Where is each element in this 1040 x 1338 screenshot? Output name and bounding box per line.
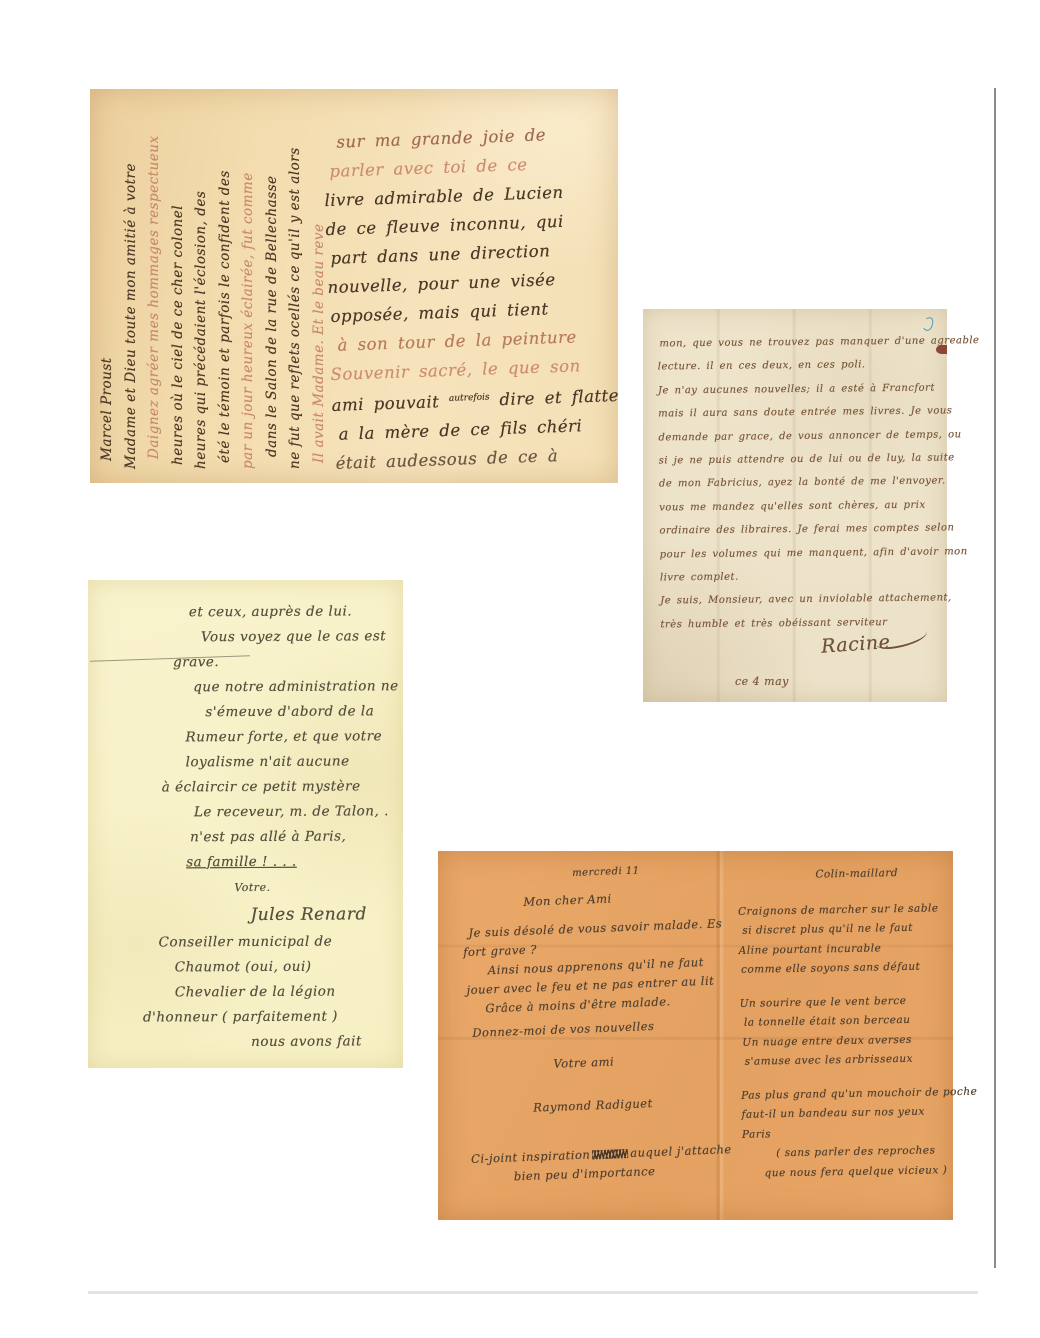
hw-line: si je ne puis attendre ou de lui ou de l…: [659, 447, 935, 473]
hw-line: été le témoin et parfois le confident de…: [214, 89, 238, 469]
hw-segment: Ci-joint inspiration: [471, 1147, 591, 1166]
letter-body: mon, que vous ne trouvez pas manquer d'u…: [657, 330, 936, 637]
hw-line-underlined: sa famille ! . . .: [102, 849, 392, 876]
hw-line: que nous fera quelque vicieux ): [742, 1161, 950, 1184]
hw-line: Le receveur, m. de Talon, .: [102, 799, 392, 826]
manuscript-letter-yellow: et ceux, auprès de lui. Vous voyez que l…: [88, 580, 403, 1068]
main-writing-block: sur ma grande joie de parler avec toi de…: [322, 118, 618, 478]
hw-line: loyalisme n'ait aucune: [102, 749, 392, 776]
scribble-redaction: [592, 1149, 628, 1159]
hw-line: heures où le ciel de ce cher colonel: [167, 89, 191, 469]
hw-line: Chaumot (oui, oui): [103, 954, 393, 981]
hw-line: mais il aura sans doute entrée mes livre…: [658, 400, 934, 426]
signature-radiguet: Raymond Radiguet: [469, 1091, 738, 1120]
letter-body: et ceux, auprès de lui. Vous voyez que l…: [101, 599, 393, 1056]
footer-rule: [88, 1291, 978, 1294]
hw-line: Votre.: [102, 874, 392, 901]
hw-line: d'honneur ( parfaitement ): [103, 1004, 393, 1031]
hw-line: Craignons de marcher sur le sable: [738, 899, 946, 922]
hw-segment: dire et flatter: [489, 386, 618, 410]
hw-line: Mon cher Ami: [461, 885, 730, 914]
hw-line: heures qui précédaient l'éclosion, des: [190, 89, 214, 469]
hw-line: Marcel Proust: [96, 89, 120, 469]
poem-title: Colin-maillard: [737, 863, 945, 886]
poem-column: Colin-maillard Craignons de marcher sur …: [737, 863, 951, 1184]
hw-line: Vous voyez que le cas est: [101, 624, 391, 651]
hw-line: Conseiller municipal de: [103, 929, 393, 956]
hw-line: vous me mandez qu'elles sont chères, au …: [659, 493, 935, 519]
hw-line: ne fut que reflets ocellés ce qu'il y es…: [284, 89, 308, 469]
hw-line: nous avons fait: [103, 1029, 393, 1056]
hw-line: mon, que vous ne trouvez pas manquer d'u…: [657, 330, 933, 356]
hw-line: Votre ami: [467, 1048, 736, 1077]
hw-line: Madame et Dieu toute mon amitié à votre: [120, 89, 144, 469]
hw-segment: ami pouvait: [331, 392, 449, 415]
hw-line: demande par grace, de vous annoncer de t…: [658, 423, 934, 449]
manuscript-letter-cream: Marcel Proust Madame et Dieu toute mon a…: [90, 89, 618, 483]
hw-line: dans le Salon de la rue de Bellechasse: [261, 89, 285, 469]
hw-line: par un jour heureux éclairée, fut comme: [237, 89, 261, 469]
hw-segment: auquel j'attache: [630, 1142, 732, 1160]
catalog-page: Marcel Proust Madame et Dieu toute mon a…: [0, 0, 1040, 1338]
hw-line: Je n'ay aucunes nouvelles; il a esté à F…: [658, 376, 934, 402]
column-rule: [994, 88, 996, 1268]
cross-writing-block: Marcel Proust Madame et Dieu toute mon a…: [90, 89, 330, 483]
hw-line: Donnez-moi de vos nouvelles: [466, 1014, 735, 1043]
hw-line: Je suis, Monsieur, avec un inviolable at…: [660, 587, 936, 613]
superscript-word: autrefois: [449, 392, 490, 403]
manuscript-letter-radiguet: mercredi 11 Mon cher Ami Je suis désolé …: [438, 851, 953, 1220]
hw-line: à éclaircir ce petit mystère: [102, 774, 392, 801]
hw-line: que notre administration ne: [101, 674, 391, 701]
letter-column: mercredi 11 Mon cher Ami Je suis désolé …: [460, 858, 740, 1188]
manuscript-letter-racine: mon, que vous ne trouvez pas manquer d'u…: [643, 309, 947, 702]
hw-line: comme elle soyons sans défaut: [739, 957, 947, 980]
signature-renard: Jules Renard: [102, 899, 392, 931]
hw-line: et ceux, auprès de lui.: [101, 599, 391, 626]
hw-line: s'émeuve d'abord de la: [101, 699, 391, 726]
hw-line: n'est pas allé à Paris,: [102, 824, 392, 851]
hw-line: de mon Fabricius, ayez la bonté de me l'…: [659, 470, 935, 496]
hw-line: pour les volumes qui me manquent, afin d…: [660, 540, 936, 566]
hw-line: ordinaire des libraires. Je ferai mes co…: [659, 517, 935, 543]
hw-line: s'amuse avec les arbrisseaux: [740, 1049, 948, 1072]
date-line: ce 4 may: [735, 675, 789, 688]
hw-line: livre complet.: [660, 564, 936, 590]
hw-line: Daignez agréer mes hommages respectueux: [143, 89, 167, 469]
date-line: mercredi 11: [460, 858, 729, 887]
hw-line: lecture. il en ces deux, en ces poli.: [658, 353, 934, 379]
hw-line: faut-il un bandeau sur nos yeux: [741, 1102, 949, 1125]
hw-line: Chevalier de la légion: [103, 979, 393, 1006]
hw-line: Rumeur forte, et que votre: [101, 724, 391, 751]
hw-line: grave.: [101, 649, 391, 676]
